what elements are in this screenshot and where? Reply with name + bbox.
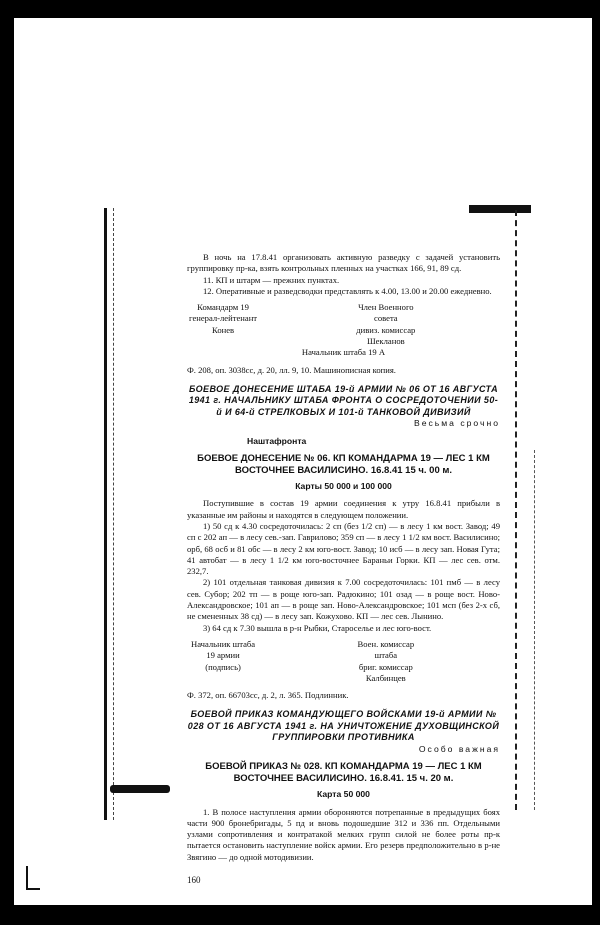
page-text: В ночь на 17.8.41 организовать активную … bbox=[187, 252, 500, 886]
report-heading: БОЕВОЕ ДОНЕСЕНИЕ № 06. КП КОМАНДАРМА 19 … bbox=[187, 453, 500, 477]
addressee: Наштафронта bbox=[187, 436, 500, 447]
continuation-item-11: 11. КП и штарм — прежних пунктах. bbox=[187, 275, 500, 286]
signature-right-title: Воен. комиссар штаба bbox=[350, 639, 422, 662]
signature-block: Командарм 19 генерал-лейтенант Конев Чле… bbox=[187, 302, 500, 347]
maps-label: Карта 50 000 bbox=[187, 789, 500, 800]
page-number: 160 bbox=[187, 875, 500, 886]
continuation-item-12: 12. Оперативные и разведсводки представл… bbox=[187, 286, 500, 297]
signature-left-title: Командарм 19 bbox=[187, 302, 259, 313]
scan-artifact-rule bbox=[515, 210, 518, 810]
archive-reference: Ф. 372, оп. 66703сс, д. 2, л. 365. Подли… bbox=[187, 690, 500, 701]
document-title: БОЕВОЕ ДОНЕСЕНИЕ ШТАБА 19-й АРМИИ № 06 О… bbox=[187, 384, 500, 419]
urgency-label: Весьма срочно bbox=[187, 418, 500, 429]
signature-left-name: генерал-лейтенант Конев bbox=[187, 313, 259, 336]
signature-block: Начальник штаба 19 армии (подпись) Воен.… bbox=[187, 639, 500, 684]
report-intro: Поступившие в состав 19 армии соединения… bbox=[187, 498, 500, 521]
report-item-3: 3) 64 сд к 7.30 вышла в р-н Рыбки, Старо… bbox=[187, 623, 500, 634]
order-heading: БОЕВОЙ ПРИКАЗ № 028. КП КОМАНДАРМА 19 — … bbox=[187, 761, 500, 785]
maps-label: Карты 50 000 и 100 000 bbox=[187, 481, 500, 492]
scan-artifact-bar bbox=[469, 205, 531, 213]
report-item-1: 1) 50 сд к 4.30 сосредоточилась: 2 сп (б… bbox=[187, 521, 500, 577]
archive-reference: Ф. 208, оп. 3038сс, д. 20, лл. 9, 10. Ма… bbox=[187, 365, 500, 376]
report-item-2: 2) 101 отдельная танковая дивизия к 7.00… bbox=[187, 577, 500, 622]
corner-crop-mark bbox=[26, 866, 40, 890]
scan-artifact-rule bbox=[534, 450, 536, 810]
signature-right-title: Член Военного совета bbox=[350, 302, 422, 325]
order-item-1: 1. В полосе наступления армии обороняютс… bbox=[187, 807, 500, 863]
signature-right-name: бриг. комиссар Калбинцев bbox=[350, 662, 422, 685]
signature-left-name: (подпись) bbox=[187, 662, 259, 673]
signature-right-name: дивиз. комиссар Шекланов bbox=[350, 325, 422, 348]
continuation-paragraph: В ночь на 17.8.41 организовать активную … bbox=[187, 252, 500, 275]
urgency-label: Особо важная bbox=[187, 744, 500, 755]
document-title: БОЕВОЙ ПРИКАЗ КОМАНДУЮЩЕГО ВОЙСКАМИ 19-й… bbox=[187, 709, 500, 744]
scan-artifact-blot bbox=[110, 785, 170, 793]
signature-left-title: Начальник штаба 19 армии bbox=[187, 639, 259, 662]
signature-center: Начальник штаба 19 А bbox=[187, 347, 500, 358]
